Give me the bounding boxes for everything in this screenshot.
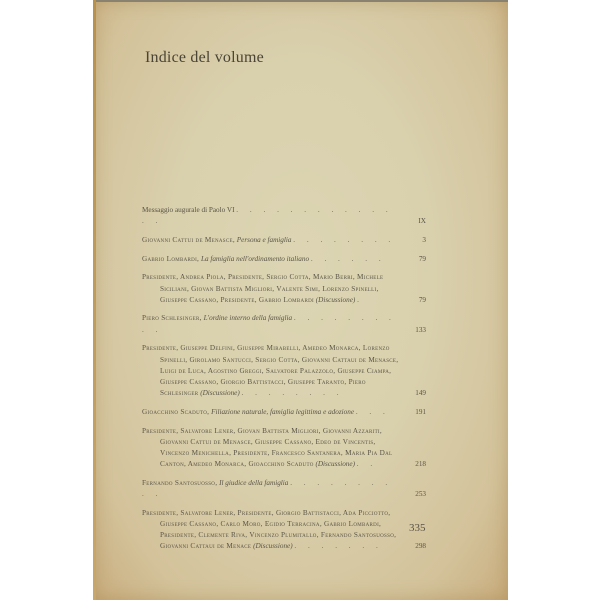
entry-author: Gabrio Lombardi, <box>142 255 199 263</box>
entry-title: (Discussione) <box>315 460 355 468</box>
page-number: 218 <box>415 459 426 470</box>
page-number: 149 <box>415 388 426 399</box>
page-number: 253 <box>415 489 426 500</box>
toc-entry: Presidente, Salvatore Lener, Presidente,… <box>142 508 426 553</box>
page-number: 79 <box>419 295 426 306</box>
toc-entry: Piero Schlesinger, L'ordine interno dell… <box>142 313 426 335</box>
entry-title: La famiglia nell'ordinamento italiano <box>201 255 309 263</box>
page-number: 191 <box>415 407 426 418</box>
entry-title: (Discussione) <box>253 542 293 550</box>
entry-title: Il giudice della famiglia <box>219 479 288 487</box>
toc-entry: Gioacchino Scaduto, Filiazione naturale,… <box>142 407 426 418</box>
book-page: Indice del volume Messaggio augurale di … <box>93 0 508 600</box>
page-title: Indice del volume <box>145 49 264 67</box>
page-number: 3 <box>422 235 426 246</box>
leader-dots: . <box>357 296 364 304</box>
toc-entry: Fernando Santosuosso, Il giudice della f… <box>142 478 426 500</box>
leader-dots: . . . . . . . <box>294 542 382 550</box>
entry-title: Filiazione naturale, famiglia legittima … <box>211 408 354 416</box>
entry-title: L'ordine interno della famiglia <box>204 314 293 322</box>
toc-entry: Messaggio augurale di Paolo VI . . . . .… <box>142 205 426 227</box>
page-number: 79 <box>419 254 426 265</box>
toc-entry: Gabrio Lombardi, La famiglia nell'ordina… <box>142 254 426 265</box>
toc-entry: Presidente, Salvatore Lener, Giovan Batt… <box>142 426 426 471</box>
entry-title: (Discussione) <box>316 296 356 304</box>
leader-dots: . . . <box>356 408 390 416</box>
toc-entry: Giovanni Cattui de Menasce, Persona e fa… <box>142 235 426 246</box>
page-number: 298 <box>415 541 426 552</box>
page-folio-number: 335 <box>409 522 426 534</box>
page-number: IX <box>418 216 426 227</box>
entry-title: Messaggio augurale di Paolo VI <box>142 206 235 214</box>
entry-title: Persona e famiglia <box>237 236 292 244</box>
entry-author: Fernando Santosuosso, <box>142 479 217 487</box>
entry-title: (Discussione) <box>200 389 240 397</box>
leader-dots: . . . . . . . . <box>242 389 344 397</box>
entry-author: Gioacchino Scaduto, <box>142 408 209 416</box>
leader-dots: . . <box>357 460 377 468</box>
leader-dots: . . . . . . . . <box>293 236 395 244</box>
entry-author: Presidente, Salvatore Lener, Giovan Batt… <box>142 427 392 469</box>
toc-entry: Presidente, Giuseppe Delfini, Giuseppe M… <box>142 343 426 399</box>
toc-entry: Presidente, Andrea Piola, Presidente, Se… <box>142 272 426 306</box>
table-of-contents: Messaggio augurale di Paolo VI . . . . .… <box>142 205 426 560</box>
entry-author: Giovanni Cattui de Menasce, <box>142 236 235 244</box>
leader-dots: . . . . . . <box>311 255 386 263</box>
entry-author: Piero Schlesinger, <box>142 314 202 322</box>
page-number: 133 <box>415 325 426 336</box>
